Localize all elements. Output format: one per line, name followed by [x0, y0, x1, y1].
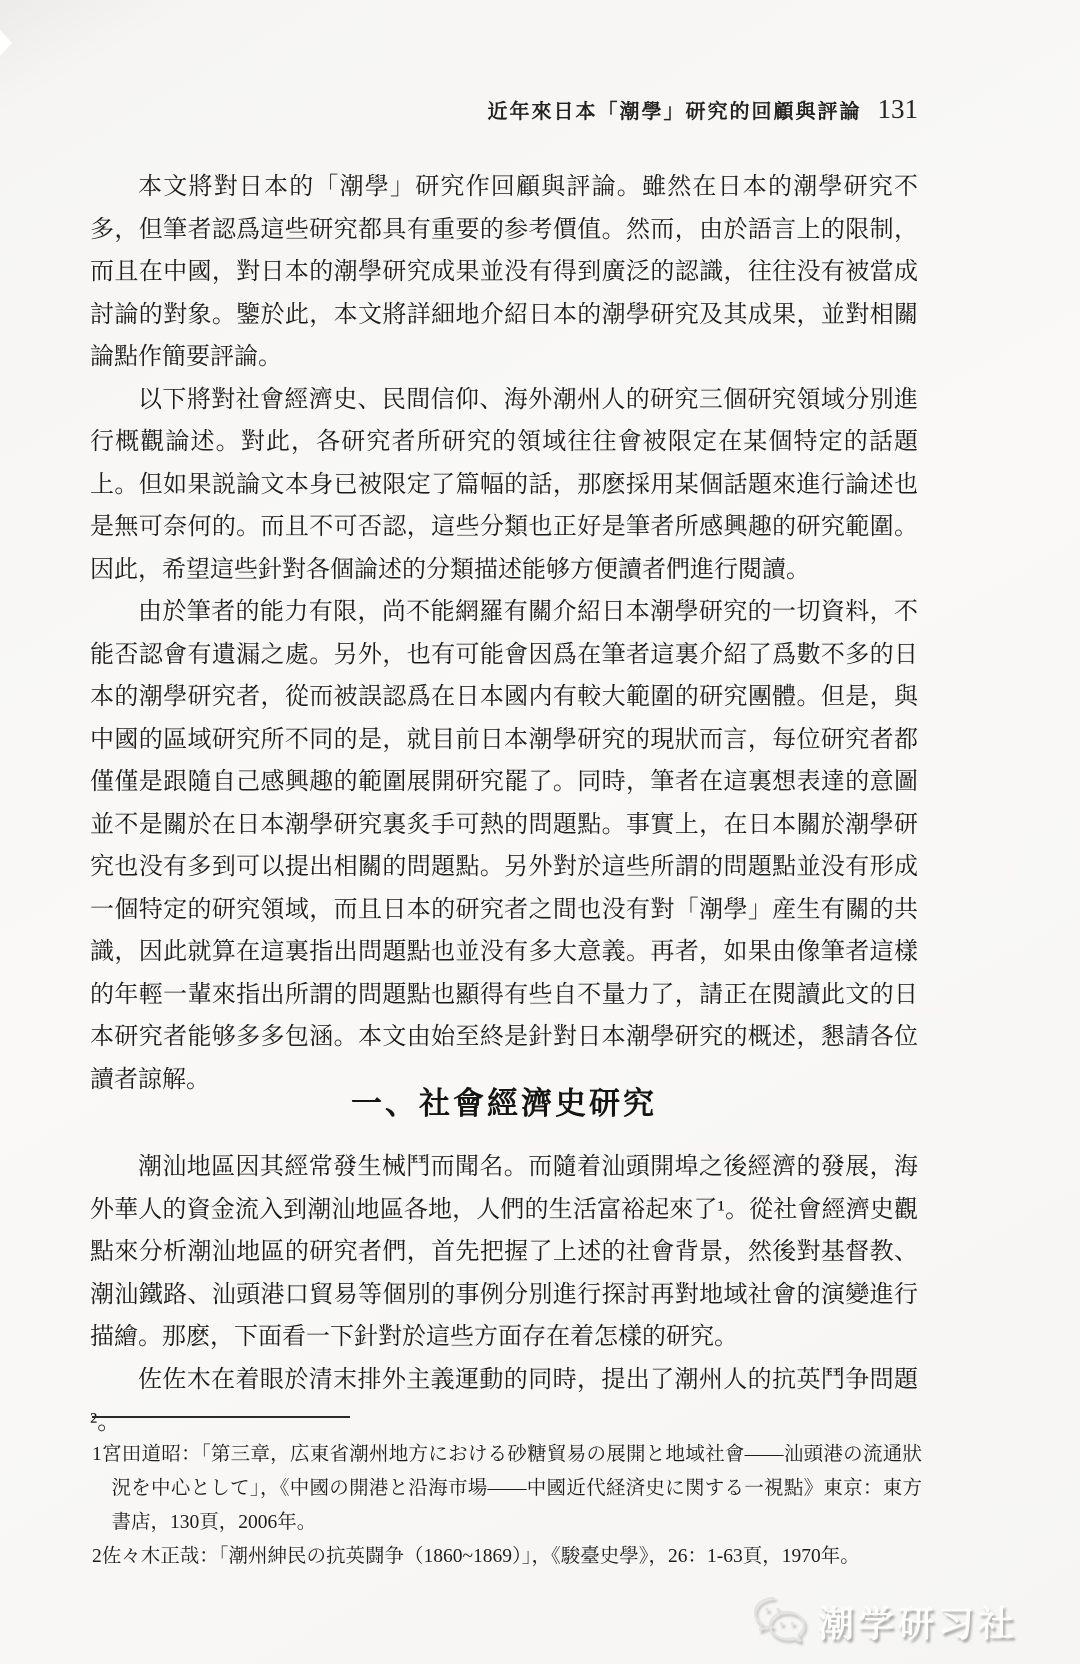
footnote-marker: 1: [92, 1444, 102, 1465]
watermark: 潮学研习社: [750, 1595, 1018, 1648]
footnote-marker: 2: [92, 1546, 102, 1567]
body-paragraph: 本文將對日本的「潮學」研究作回顧與評論。雖然在日本的潮學研究不多，但筆者認爲這些…: [90, 166, 918, 379]
section-body: 潮汕地區因其經常發生械鬥而聞名。而隨着汕頭開埠之後經濟的發展，海外華人的資金流入…: [90, 1146, 918, 1444]
section-heading: 一、社會經濟史研究: [90, 1078, 918, 1123]
body-paragraph: 由於筆者的能力有限，尚不能網羅有關介紹日本潮學研究的一切資料，不能否認會有遺漏之…: [90, 591, 918, 1101]
footnote-divider: [92, 1416, 350, 1418]
scanned-page: 近年來日本「潮學」研究的回顧與評論131 本文將對日本的「潮學」研究作回顧與評論…: [0, 0, 1080, 1664]
footnote: 2佐々木正哉：「潮州紳民の抗英闘争（1860~1869）」，《駿臺史學》，26：…: [92, 1540, 922, 1574]
footnotes-section: 1宮田道昭：「第三章，広東省潮州地方における砂糖貿易の展開と地域社會——汕頭港の…: [92, 1438, 922, 1574]
article-intro: 本文將對日本的「潮學」研究作回顧與評論。雖然在日本的潮學研究不多，但筆者認爲這些…: [90, 166, 918, 1101]
running-header: 近年來日本「潮學」研究的回顧與評論131: [90, 94, 918, 125]
footnote: 1宮田道昭：「第三章，広東省潮州地方における砂糖貿易の展開と地域社會——汕頭港の…: [92, 1438, 922, 1540]
page-number: 131: [878, 94, 919, 124]
watermark-label: 潮学研习社: [818, 1596, 1018, 1647]
body-paragraph: 以下將對社會經濟史、民間信仰、海外潮州人的研究三個研究領域分別進行概觀論述。對此…: [90, 379, 918, 592]
wechat-icon: [750, 1595, 808, 1648]
body-paragraph: 佐佐木在着眼於清末排外主義運動的同時，提出了潮州人的抗英鬥争問題²。: [90, 1359, 918, 1444]
running-header-title: 近年來日本「潮學」研究的回顧與評論: [488, 101, 862, 123]
footnote-text: 佐々木正哉：「潮州紳民の抗英闘争（1860~1869）」，《駿臺史學》，26：1…: [102, 1546, 860, 1567]
footnote-text: 宮田道昭：「第三章，広東省潮州地方における砂糖貿易の展開と地域社會——汕頭港の流…: [102, 1444, 922, 1533]
scan-corner-artifact: [0, 30, 12, 56]
body-paragraph: 潮汕地區因其經常發生械鬥而聞名。而隨着汕頭開埠之後經濟的發展，海外華人的資金流入…: [90, 1146, 918, 1359]
